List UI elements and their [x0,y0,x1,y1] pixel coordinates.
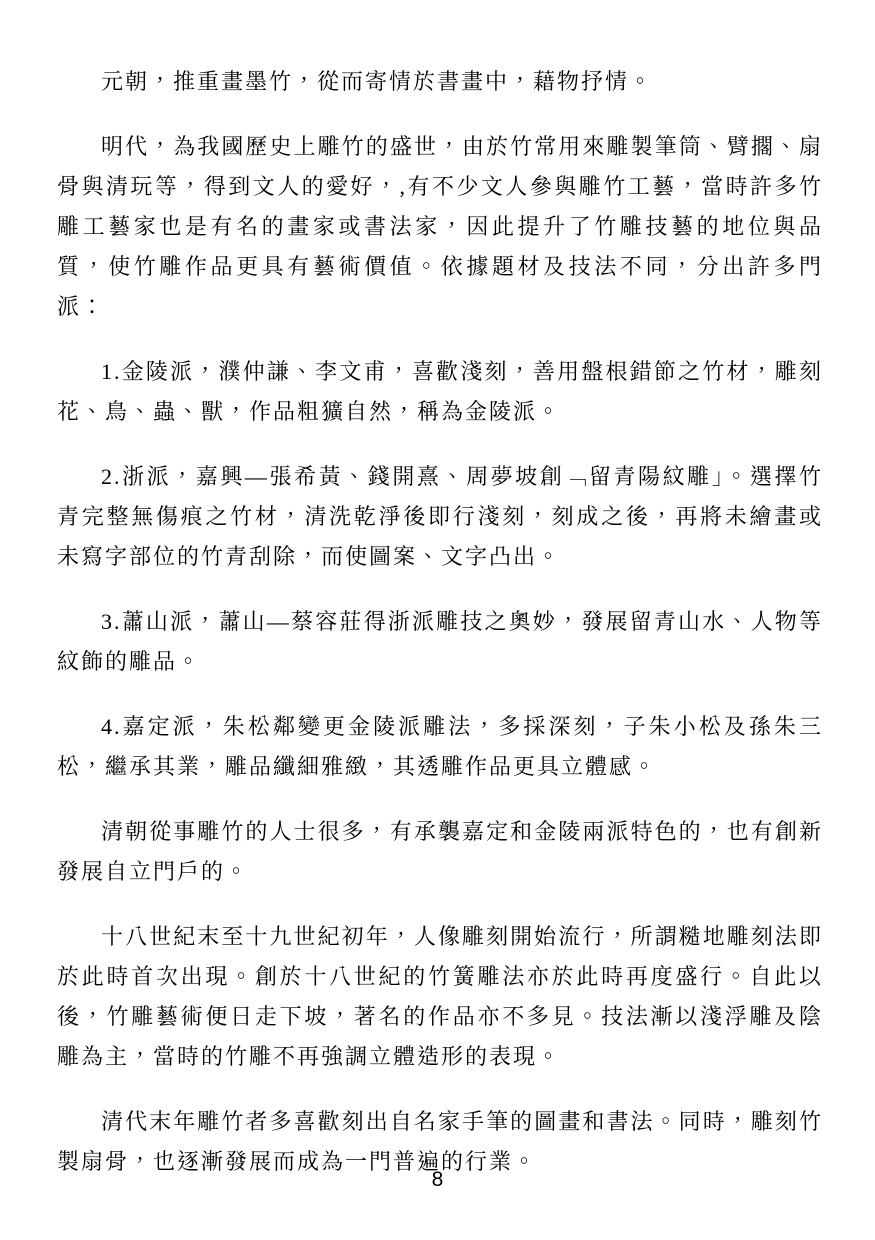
paragraph-school-jinling: 1.金陵派，濮仲謙、李文甫，喜歡淺刻，善用盤根錯節之竹材，雕刻花、鳥、蟲、獸，作… [57,352,823,432]
paragraph-school-xiaoshan: 3.蕭山派，蕭山—蔡容莊得浙派雕技之奧妙，發展留青山水、人物等紋飾的雕品。 [57,602,823,682]
page-number: 8 [0,1168,875,1192]
document-page: 元朝，推重畫墨竹，從而寄情於書畫中，藉物抒情。 明代，為我國歷史上雕竹的盛世，由… [57,62,823,1207]
paragraph-ming-dynasty: 明代，為我國歷史上雕竹的盛世，由於竹常用來雕製筆筒、臂擱、扇骨與清玩等，得到文人… [57,127,823,327]
paragraph-school-jiading: 4.嘉定派，朱松鄰變更金陵派雕法，多採深刻，子朱小松及孫朱三松，繼承其業，雕品纖… [57,707,823,787]
paragraph-qing-dynasty: 清朝從事雕竹的人士很多，有承襲嘉定和金陵兩派特色的，也有創新發展自立門戶的。 [57,812,823,892]
paragraph-18th-19th-century: 十八世紀末至十九世紀初年，人像雕刻開始流行，所謂糙地雕刻法即於此時首次出現。創於… [57,917,823,1077]
paragraph-yuan-dynasty: 元朝，推重畫墨竹，從而寄情於書畫中，藉物抒情。 [57,62,823,102]
paragraph-school-zhe: 2.浙派，嘉興—張希黃、錢開熹、周夢坡創﹁留青陽紋雕」。選擇竹青完整無傷痕之竹材… [57,457,823,577]
